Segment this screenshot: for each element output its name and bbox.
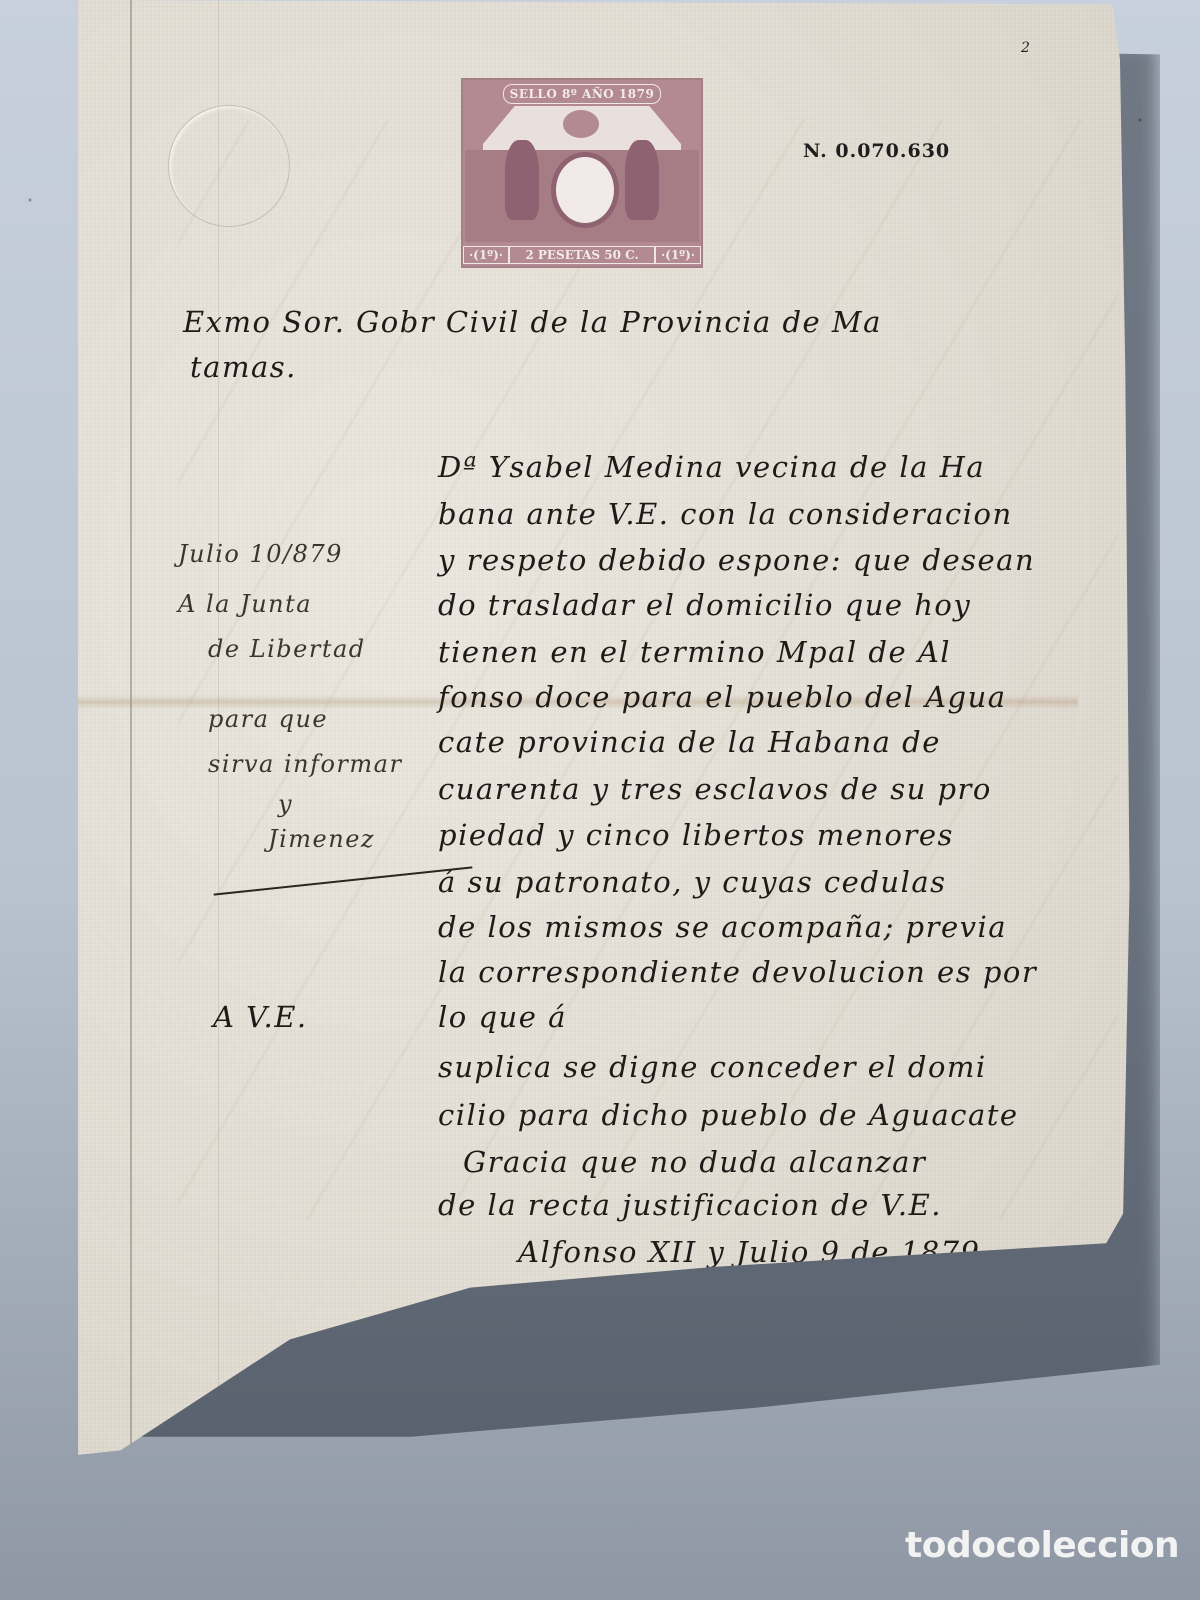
margin-note: y xyxy=(278,790,293,818)
salutation-line-1: Exmo Sor. Gobr Civil de la Provincia de … xyxy=(183,305,882,339)
stamp-value: 2 PESETAS 50 C. xyxy=(509,246,655,264)
salutation-line-2: tamas. xyxy=(190,350,297,384)
body-line: Gracia que no duda alcanzar xyxy=(463,1145,926,1179)
stamp-class-right: ·(1º)· xyxy=(655,246,701,264)
serial-number: N. 0.070.630 xyxy=(803,140,950,162)
stamp-class-left: ·(1º)· xyxy=(463,246,509,264)
body-line: do trasladar el domicilio que hoy xyxy=(438,588,971,622)
body-line: á su patronato, y cuyas cedulas xyxy=(438,865,947,899)
footer-mark: Exmo xyxy=(988,1445,1085,1483)
stamp-figure-left-icon xyxy=(505,140,539,220)
body-line: cilio para dicho pueblo de Aguacate xyxy=(438,1098,1019,1132)
embossed-seal xyxy=(168,105,290,227)
watermark-logo: todocoleccion xyxy=(905,1525,1179,1566)
body-line: cate provincia de la Habana de xyxy=(438,725,941,759)
body-line: de los mismos se acompaña; previa xyxy=(438,910,1007,944)
stamp-medallion-icon xyxy=(551,152,619,228)
margin-signature: Jimenez xyxy=(268,825,375,853)
body-line: bana ante V.E. con la consideracion xyxy=(438,497,1013,531)
body-line: suplica se digne conceder el domi xyxy=(438,1050,987,1084)
body-line: la correspondiente devolucion es por xyxy=(438,955,1037,989)
vertical-fold-line xyxy=(130,0,132,1450)
body-line: Dª Ysabel Medina vecina de la Ha xyxy=(438,450,985,484)
body-line: cuarenta y tres esclavos de su pro xyxy=(438,772,992,806)
page-number: 2 xyxy=(1021,40,1030,56)
signature-flourish xyxy=(908,1427,1057,1444)
body-line: de la recta justificacion de V.E. xyxy=(438,1188,942,1222)
margin-note: A la Junta xyxy=(178,590,312,618)
margin-note: para que xyxy=(208,705,328,733)
margin-note: de Libertad xyxy=(208,635,366,663)
body-line: piedad y cinco libertos menores xyxy=(438,818,954,852)
stamp-angel-icon xyxy=(563,110,599,138)
stamp-year-label: SELLO 8º AÑO 1879 xyxy=(503,84,661,104)
revenue-stamp: SELLO 8º AÑO 1879 ·(1º)· 2 PESETAS 50 C.… xyxy=(461,78,703,268)
body-line: lo que á xyxy=(438,1000,567,1034)
body-line: y respeto debido espone: que desean xyxy=(438,543,1035,577)
margin-note: Julio 10/879 xyxy=(178,540,343,568)
stamp-value-bar: ·(1º)· 2 PESETAS 50 C. ·(1º)· xyxy=(463,246,701,264)
body-line: fonso doce para el pueblo del Agua xyxy=(438,680,1007,714)
margin-note: sirva informar xyxy=(208,750,402,778)
stamp-figure-right-icon xyxy=(625,140,659,220)
body-line: tienen en el termino Mpal de Al xyxy=(438,635,951,669)
address-mark: A V.E. xyxy=(213,1000,308,1034)
